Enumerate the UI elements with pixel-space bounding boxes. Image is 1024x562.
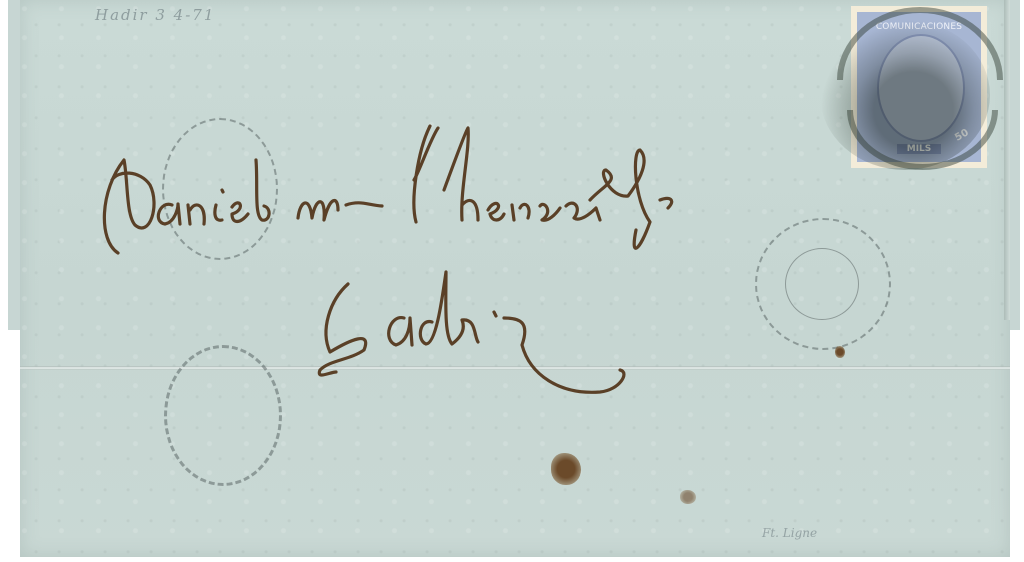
postal-cover-scan: Hadir 3 4-71 Ft. Ligne COMUNICACIONES MI… xyxy=(0,0,1024,562)
handwriting-strokes xyxy=(0,0,1024,562)
